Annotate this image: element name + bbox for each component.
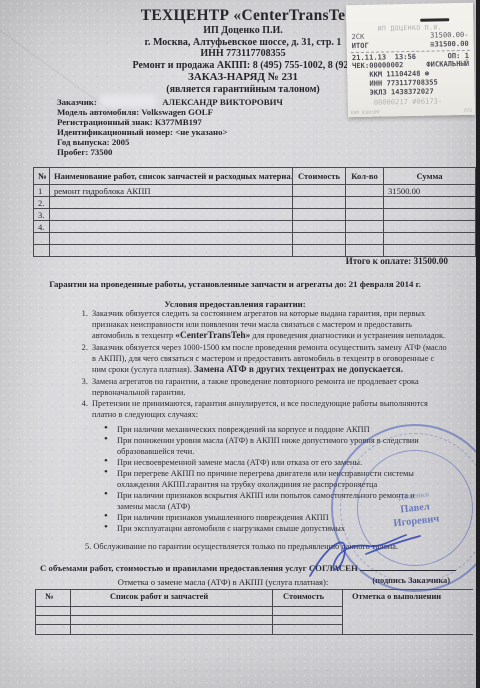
receipt-total-label: ИТОГ — [352, 42, 369, 51]
customer-row: Регистрационный знак: К377МВ197 — [57, 117, 283, 127]
condition-text: для проведения диагностики и устранения … — [250, 331, 445, 340]
oil-col-works: Список работ и запчастей — [110, 592, 208, 601]
field-value: АЛЕКСАНДР ВИКТОРОВИЧ — [162, 97, 283, 107]
cell-qty — [346, 209, 384, 221]
condition-item: Замена агрегатов по гарантии, а также пр… — [90, 376, 450, 398]
document-paper: ТЕХЦЕНТР «CenterTransTe ИП Доценко П.И. … — [0, 0, 476, 688]
cell-work — [50, 197, 293, 209]
cell-qty — [346, 185, 384, 197]
field-value: Volkswagen GOLF — [141, 107, 213, 117]
cell-qty — [346, 233, 384, 245]
table-row: 4. — [34, 221, 476, 233]
field-value: 73500 — [90, 147, 112, 157]
works-table: № Наименование работ, список запчастей и… — [33, 167, 476, 257]
cell-num — [34, 233, 50, 245]
oil-col-num: № — [45, 592, 53, 601]
condition-bold: Замена АТФ в других техцентрах не допуск… — [194, 365, 403, 375]
table-border — [35, 590, 36, 634]
cell-sum — [384, 221, 476, 233]
cell-work — [50, 233, 293, 245]
condition-item: Заказчик обязуется через 1000-1500 км по… — [90, 342, 450, 376]
cell-cost — [293, 185, 346, 197]
field-label: Идентификационный номер: — [57, 127, 173, 137]
receipt-fiscal-label: ФИСКАЛЬНЫЙ — [426, 60, 469, 70]
condition-text: Претензии не принимаются, гарантия аннул… — [92, 399, 428, 419]
field-value: К377МВ197 — [155, 117, 202, 127]
table-border — [70, 590, 71, 634]
condition-item: Претензии не принимаются, гарантия аннул… — [90, 398, 450, 420]
customer-info: Заказчик: АЛЕКСАНДР ВИКТОРОВИЧ Модель ав… — [57, 97, 283, 157]
field-label: Регистрационный знак: — [57, 117, 153, 127]
cell-num: 3. — [34, 209, 50, 221]
customer-row: Пробег: 73500 — [57, 147, 283, 157]
cell-num: 1 — [34, 185, 50, 197]
table-border — [35, 615, 342, 616]
cell-qty — [346, 221, 384, 233]
customer-row: Заказчик: АЛЕКСАНДР ВИКТОРОВИЧ — [57, 97, 283, 107]
cell-num: 4. — [34, 221, 50, 233]
table-row: 3. — [34, 209, 476, 221]
table-row: 1ремонт гидроблока АКПП31500.00 — [34, 185, 476, 197]
col-header-sum: Сумма — [384, 168, 476, 185]
customer-row: Модель автомобиля: Volkswagen GOLF — [57, 107, 283, 117]
cell-sum: 31500.00 — [384, 185, 476, 197]
oil-change-table: № Список работ и запчастей Стоимость Отм… — [35, 589, 473, 635]
condition-item: Заказчик обязуется следить за состоянием… — [90, 308, 450, 342]
cell-cost — [293, 197, 346, 209]
col-header-works: Наименование работ, список запчастей и р… — [50, 168, 293, 185]
receipt-edge-right: ПГВ — [464, 109, 472, 114]
condition-bold: «CenterTransTeh» — [175, 331, 250, 341]
customer-signature — [296, 524, 428, 586]
cell-work — [50, 245, 293, 257]
cell-qty — [346, 245, 384, 257]
cell-sum — [384, 245, 476, 257]
customer-row: Идентификационный номер: <не указано> — [57, 127, 283, 137]
field-label: Модель автомобиля: — [57, 107, 139, 117]
field-label: Год выпуска: — [57, 137, 110, 147]
customer-row: Год выпуска: 2005 — [57, 137, 283, 147]
receipt-faint-line: 00000217 #06173- — [348, 95, 475, 106]
cell-cost — [293, 245, 346, 257]
cell-work — [50, 209, 293, 221]
warranty-until-line: Гарантия на проведенные работы, установл… — [0, 279, 470, 289]
table-row — [34, 233, 476, 245]
condition-text: Замена агрегатов по гарантии, а также пр… — [92, 377, 419, 397]
cell-num — [34, 245, 50, 257]
field-value: 2005 — [112, 137, 130, 147]
cell-work — [50, 221, 293, 233]
table-border — [35, 606, 342, 607]
cell-work: ремонт гидроблока АКПП — [50, 185, 293, 197]
redacted-name-blur — [100, 95, 156, 107]
receipt-edge-print: ККМ 01ВН1МГПГВ — [351, 109, 472, 116]
conditions-list: Заказчик обязуется следить за состоянием… — [77, 308, 450, 420]
cell-sum — [384, 209, 476, 221]
table-border — [35, 624, 342, 625]
table-border — [272, 590, 273, 634]
cell-cost — [293, 221, 346, 233]
field-label: Пробег: — [57, 147, 88, 157]
cell-num: 2. — [34, 197, 50, 209]
cell-sum — [384, 233, 476, 245]
cash-receipt: ИП ДОЦЕНКО П.И. 2СК31500.00- ИТОГ≡31500.… — [346, 3, 475, 117]
field-value: <не указано> — [175, 127, 227, 137]
total-due: Итого к оплате: 31500.00 — [346, 256, 448, 266]
staple — [420, 18, 449, 22]
col-header-qty: Кол-во — [346, 168, 384, 185]
cell-sum — [384, 197, 476, 209]
table-row: 2. — [34, 197, 476, 209]
col-header-cost: Стоимость — [293, 168, 346, 185]
oil-col-cost: Стоимость — [283, 592, 324, 601]
cell-qty — [346, 197, 384, 209]
table-header-row: № Наименование работ, список запчастей и… — [34, 168, 476, 185]
cell-cost — [293, 209, 346, 221]
table-row — [34, 245, 476, 257]
col-header-num: № — [34, 168, 50, 185]
cell-cost — [293, 233, 346, 245]
receipt-edge-left: ККМ 01ВН1МГ — [351, 111, 381, 117]
receipt-total-value: ≡31500.00 — [430, 40, 469, 50]
